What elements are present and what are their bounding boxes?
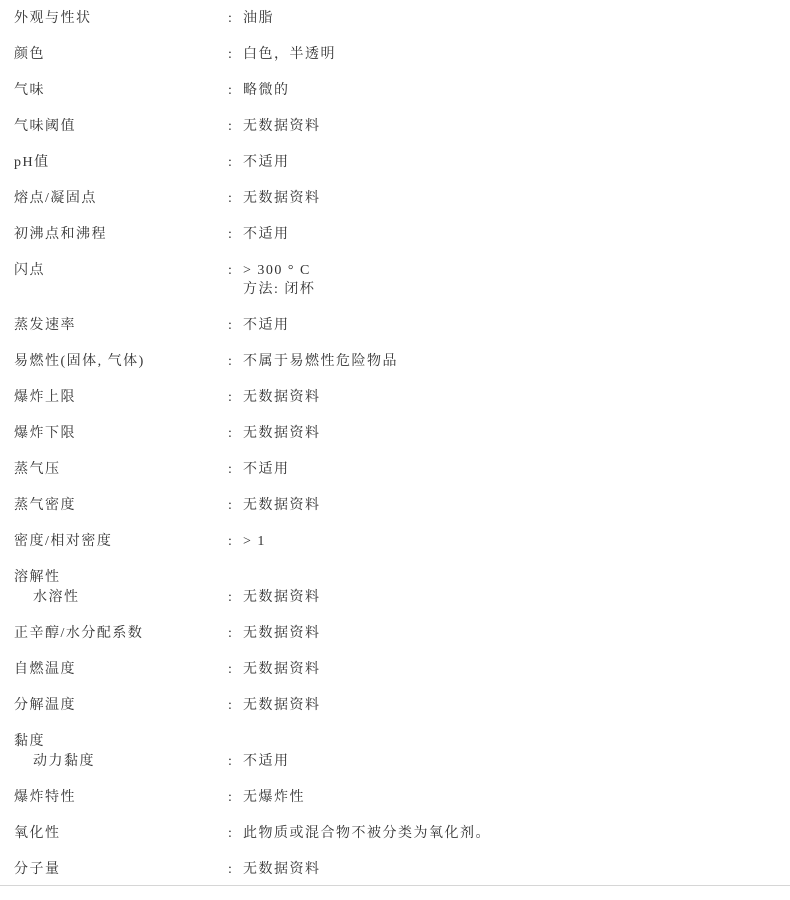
property-row: 水溶性 : 无数据资料 [14,588,770,607]
property-row: 氧化性 : 此物质或混合物不被分类为氧化剂。 [14,824,770,843]
property-value-line: 不适用 [243,153,770,172]
property-value: 略微的 [243,81,770,100]
property-label: 气味 [14,81,228,100]
property-label: 分解温度 [14,696,228,715]
property-label: 溶解性 [14,568,228,587]
property-label: 易燃性(固体, 气体) [14,352,228,371]
property-label: 水溶性 [14,588,228,607]
property-value-line: 无数据资料 [243,696,770,715]
colon-separator: : [228,824,243,843]
property-value: 此物质或混合物不被分类为氧化剂。 [243,824,770,843]
property-row: 爆炸特性 : 无爆炸性 [14,788,770,807]
property-row: 蒸气压 : 不适用 [14,460,770,479]
property-row: 爆炸上限 : 无数据资料 [14,388,770,407]
property-value: 白色，半透明 [243,45,770,64]
colon-separator: : [228,45,243,64]
property-label: 闪点 [14,261,228,280]
property-label: 爆炸下限 [14,424,228,443]
colon-separator: : [228,352,243,371]
colon-separator: : [228,261,243,280]
property-label: 蒸气密度 [14,496,228,515]
colon-separator: : [228,153,243,172]
colon-separator: : [228,696,243,715]
property-value-line: 无数据资料 [243,660,770,679]
property-row: 气味 : 略微的 [14,81,770,100]
page-divider [0,885,790,886]
property-value: 不适用 [243,316,770,335]
property-value: 无数据资料 [243,696,770,715]
colon-separator: : [228,788,243,807]
property-row: 熔点/凝固点 : 无数据资料 [14,189,770,208]
property-label: 熔点/凝固点 [14,189,228,208]
property-row: 闪点 : > 300 ° C方法: 闭杯 [14,261,770,299]
property-value-line: 无数据资料 [243,424,770,443]
property-value-line: 不适用 [243,225,770,244]
property-value-line: 无数据资料 [243,624,770,643]
colon-separator: : [228,624,243,643]
property-value: 无数据资料 [243,424,770,443]
property-row: 溶解性 [14,568,770,587]
property-row: pH值 : 不适用 [14,153,770,172]
property-value-line: 无数据资料 [243,496,770,515]
property-row: 正辛醇/水分配系数 : 无数据资料 [14,624,770,643]
property-value: 不适用 [243,752,770,771]
property-value-line: 无数据资料 [243,117,770,136]
property-row: 易燃性(固体, 气体) : 不属于易燃性危险物品 [14,352,770,371]
property-value-line: 无数据资料 [243,588,770,607]
property-value-line: 不适用 [243,460,770,479]
property-label: 爆炸特性 [14,788,228,807]
colon-separator: : [228,9,243,28]
property-row: 外观与性状 : 油脂 [14,9,770,28]
colon-separator: : [228,496,243,515]
property-row: 自燃温度 : 无数据资料 [14,660,770,679]
property-value: > 1 [243,532,770,551]
property-value-line: 无数据资料 [243,388,770,407]
property-value: 油脂 [243,9,770,28]
property-row: 分解温度 : 无数据资料 [14,696,770,715]
property-value-line: 方法: 闭杯 [243,280,770,299]
property-label: 黏度 [14,732,228,751]
property-row: 爆炸下限 : 无数据资料 [14,424,770,443]
property-value-line: > 300 ° C [243,261,770,280]
colon-separator: : [228,660,243,679]
property-row: 动力黏度 : 不适用 [14,752,770,771]
property-value: 不适用 [243,460,770,479]
property-label: 外观与性状 [14,9,228,28]
property-value: 不属于易燃性危险物品 [243,352,770,371]
property-value-line: 此物质或混合物不被分类为氧化剂。 [243,824,770,843]
property-value: 无数据资料 [243,660,770,679]
colon-separator: : [228,588,243,607]
property-label: pH值 [14,153,228,172]
property-value-line: 无爆炸性 [243,788,770,807]
property-row: 密度/相对密度 : > 1 [14,532,770,551]
property-value: 不适用 [243,225,770,244]
property-label: 颜色 [14,45,228,64]
property-row: 蒸气密度 : 无数据资料 [14,496,770,515]
property-value: 无数据资料 [243,117,770,136]
property-value-line: 不属于易燃性危险物品 [243,352,770,371]
colon-separator: : [228,460,243,479]
colon-separator: : [228,189,243,208]
property-value-line: 无数据资料 [243,189,770,208]
property-label: 密度/相对密度 [14,532,228,551]
colon-separator: : [228,532,243,551]
property-row: 颜色 : 白色，半透明 [14,45,770,64]
property-label: 分子量 [14,860,228,879]
property-value: 无数据资料 [243,624,770,643]
property-label: 蒸气压 [14,460,228,479]
property-row: 蒸发速率 : 不适用 [14,316,770,335]
property-value: 无数据资料 [243,588,770,607]
property-value: 无数据资料 [243,496,770,515]
property-value: 无数据资料 [243,189,770,208]
property-value-line: 略微的 [243,81,770,100]
property-value: 无爆炸性 [243,788,770,807]
property-label: 气味阈值 [14,117,228,136]
colon-separator: : [228,860,243,879]
property-label: 蒸发速率 [14,316,228,335]
property-label: 氧化性 [14,824,228,843]
property-value-line: 不适用 [243,316,770,335]
colon-separator: : [228,388,243,407]
property-value: 无数据资料 [243,860,770,879]
property-row: 气味阈值 : 无数据资料 [14,117,770,136]
property-row: 黏度 [14,732,770,751]
colon-separator: : [228,752,243,771]
property-value-line: 油脂 [243,9,770,28]
colon-separator: : [228,117,243,136]
property-label: 自燃温度 [14,660,228,679]
property-row: 分子量 : 无数据资料 [14,860,770,879]
property-value: 无数据资料 [243,388,770,407]
colon-separator: : [228,81,243,100]
property-label: 正辛醇/水分配系数 [14,624,228,643]
property-label: 动力黏度 [14,752,228,771]
property-value-line: > 1 [243,532,770,551]
colon-separator: : [228,316,243,335]
properties-list: 外观与性状 : 油脂 颜色 : 白色，半透明 气味 : 略微的 气味阈值 : 无… [0,0,790,879]
property-value-line: 不适用 [243,752,770,771]
property-value-line: 白色，半透明 [243,45,770,64]
property-label: 爆炸上限 [14,388,228,407]
property-value: > 300 ° C方法: 闭杯 [243,261,770,299]
colon-separator: : [228,225,243,244]
colon-separator: : [228,424,243,443]
document-page: 外观与性状 : 油脂 颜色 : 白色，半透明 气味 : 略微的 气味阈值 : 无… [0,0,790,900]
property-value: 不适用 [243,153,770,172]
property-value-line: 无数据资料 [243,860,770,879]
property-row: 初沸点和沸程 : 不适用 [14,225,770,244]
property-label: 初沸点和沸程 [14,225,228,244]
